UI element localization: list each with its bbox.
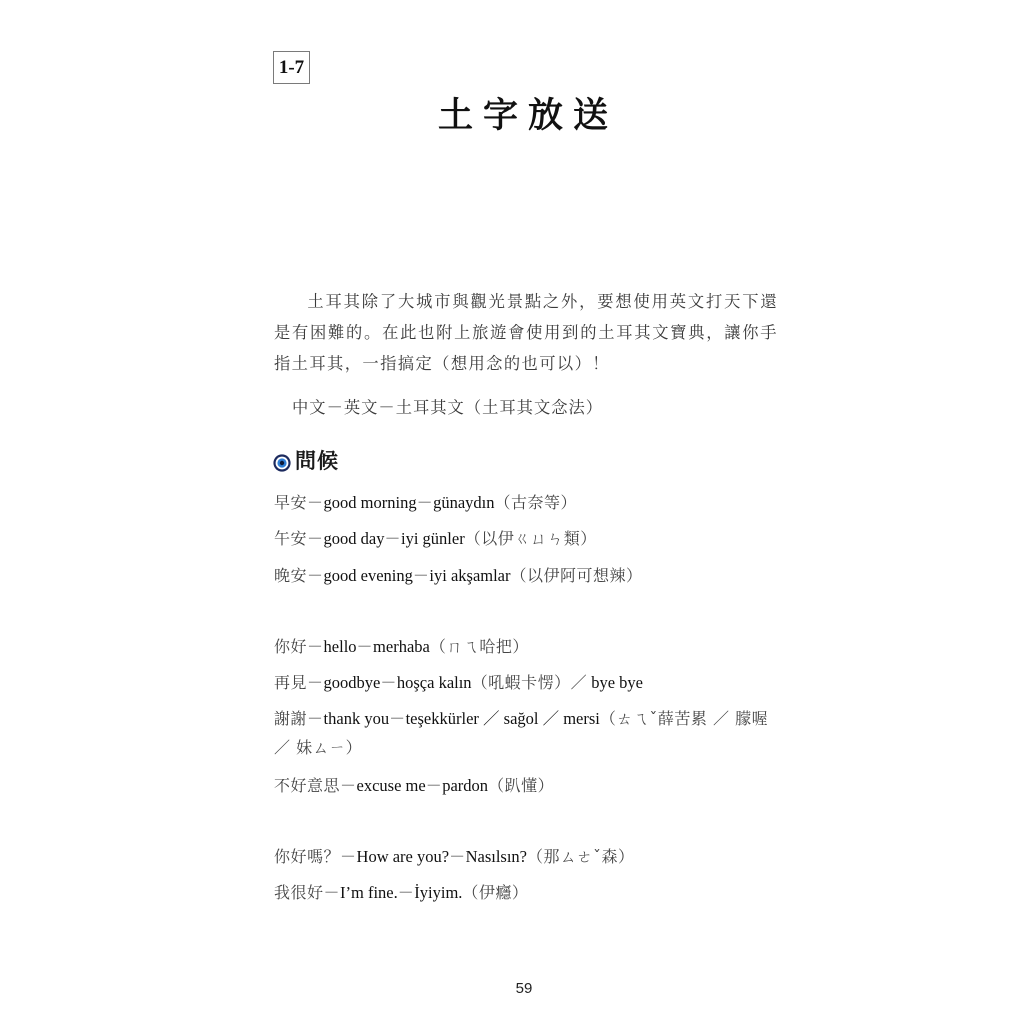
phrase-chinese: 謝謝 bbox=[274, 709, 307, 728]
phrase-row: 不好意思－excuse me－pardon（趴懂） bbox=[274, 771, 778, 800]
phrase-pronunciation: （趴懂） bbox=[488, 776, 554, 795]
phrase-pronunciation: （古奈等） bbox=[495, 493, 578, 512]
separator: － bbox=[380, 673, 397, 692]
phrase-chinese: 再見 bbox=[274, 673, 307, 692]
phrase-alternative: bye bye bbox=[587, 673, 643, 692]
separator: － bbox=[307, 493, 324, 512]
phrase-chinese: 午安 bbox=[274, 529, 307, 548]
separator: － bbox=[307, 637, 324, 656]
phrase-row: 我很好－I’m fine.－İyiyim.（伊癮） bbox=[274, 878, 778, 907]
separator: － bbox=[426, 776, 443, 795]
chapter-title: 土字放送 bbox=[438, 92, 618, 140]
phrase-english: good evening bbox=[324, 566, 413, 585]
separator: － bbox=[398, 883, 415, 902]
evil-eye-icon bbox=[273, 452, 291, 470]
phrase-turkish: teşekkürler ／ sağol ／ mersi bbox=[406, 709, 600, 728]
phrase-chinese: 不好意思 bbox=[274, 776, 340, 795]
phrase-turkish: merhaba bbox=[373, 637, 430, 656]
separator: － bbox=[307, 709, 324, 728]
page-number: 59 bbox=[0, 980, 1024, 997]
phrase-row: 你好－hello－merhaba（ㄇㄟ哈把） bbox=[274, 632, 778, 661]
separator: － bbox=[307, 529, 324, 548]
separator: － bbox=[324, 883, 341, 902]
phrase-pronunciation: （那ㄙㄜˇ森） bbox=[527, 847, 635, 866]
greetings-heading: 問候 bbox=[273, 446, 339, 476]
phrase-row: 晚安－good evening－iyi akşamlar（以伊阿可想辣） bbox=[274, 561, 778, 590]
phrase-turkish: pardon bbox=[442, 776, 488, 795]
phrase-chinese: 早安 bbox=[274, 493, 307, 512]
phrase-turkish: Nasılsın? bbox=[466, 847, 527, 866]
phrase-english: How are you? bbox=[357, 847, 450, 866]
section-number-badge: 1-7 bbox=[273, 51, 310, 84]
intro-text: 土耳其除了大城市與觀光景點之外，要想使用英文打天下還是有困難的。在此也附上旅遊會… bbox=[274, 292, 778, 373]
phrase-row: 再見－goodbye－hoşça kalın（吼蝦卡愣）／ bye bye bbox=[274, 668, 778, 697]
phrase-pronunciation: （ㄇㄟ哈把） bbox=[430, 637, 529, 656]
greetings-heading-label: 問候 bbox=[295, 446, 339, 476]
phrase-english: good day bbox=[324, 529, 385, 548]
separator: － bbox=[417, 493, 434, 512]
separator: － bbox=[340, 776, 357, 795]
phrase-english: hello bbox=[324, 637, 357, 656]
phrase-pronunciation: （以伊阿可想辣） bbox=[511, 566, 643, 585]
phrase-turkish: hoşça kalın bbox=[397, 673, 472, 692]
phrase-pronunciation: （以伊ㄍㄩㄣ類） bbox=[465, 529, 597, 548]
phrase-row: 謝謝－thank you－teşekkürler ／ sağol ／ mersi… bbox=[274, 704, 778, 762]
phrase-pronunciation: （伊癮） bbox=[462, 883, 528, 902]
phrase-row: 你好嗎？－How are you?－Nasılsın?（那ㄙㄜˇ森） bbox=[274, 842, 778, 871]
phrase-english: good morning bbox=[324, 493, 417, 512]
phrase-chinese: 我很好 bbox=[274, 883, 324, 902]
phrase-turkish: günaydın bbox=[433, 493, 494, 512]
separator: － bbox=[449, 847, 466, 866]
separator: － bbox=[413, 566, 430, 585]
phrase-chinese: 你好 bbox=[274, 637, 307, 656]
phrase-pronunciation: （吼蝦卡愣）／ bbox=[472, 673, 588, 692]
phrase-english: I’m fine. bbox=[340, 883, 398, 902]
phrase-english: excuse me bbox=[357, 776, 426, 795]
separator: － bbox=[389, 709, 406, 728]
phrase-row: 午安－good day－iyi günler（以伊ㄍㄩㄣ類） bbox=[274, 524, 778, 553]
phrase-chinese: 晚安 bbox=[274, 566, 307, 585]
phrase-turkish: iyi günler bbox=[401, 529, 465, 548]
phrase-row: 早安－good morning－günaydın（古奈等） bbox=[274, 488, 778, 517]
intro-paragraph: 土耳其除了大城市與觀光景點之外，要想使用英文打天下還是有困難的。在此也附上旅遊會… bbox=[274, 286, 778, 379]
book-page: 1-7 土字放送 土耳其除了大城市與觀光景點之外，要想使用英文打天下還是有困難的… bbox=[0, 0, 1024, 1024]
phrase-chinese: 你好嗎？ bbox=[274, 847, 340, 866]
separator: － bbox=[307, 566, 324, 585]
phrase-english: goodbye bbox=[324, 673, 381, 692]
separator: － bbox=[357, 637, 374, 656]
phrase-english: thank you bbox=[324, 709, 390, 728]
phrase-turkish: iyi akşamlar bbox=[429, 566, 510, 585]
separator: － bbox=[340, 847, 357, 866]
separator: － bbox=[307, 673, 324, 692]
phrase-turkish: İyiyim. bbox=[414, 883, 462, 902]
separator: － bbox=[384, 529, 401, 548]
format-legend: 中文－英文－土耳其文（土耳其文念法） bbox=[292, 394, 603, 422]
